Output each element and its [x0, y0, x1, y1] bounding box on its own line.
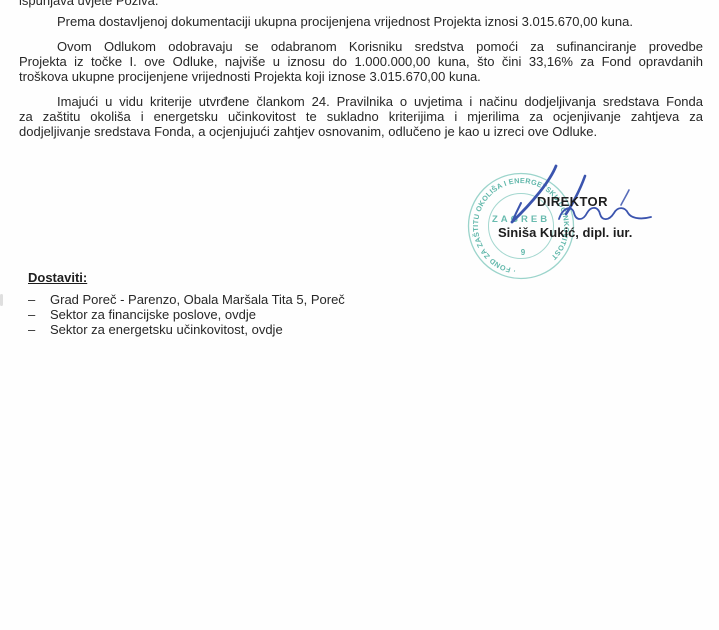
bullet-dash: –: [28, 322, 50, 337]
signature-name: Siniša Kukić, dipl. iur.: [498, 225, 632, 240]
list-item: – Sektor za energetsku učinkovitost, ovd…: [28, 322, 345, 337]
paragraph-line: Imajući u vidu kriterije utvrđene članko…: [19, 94, 703, 109]
paragraph-project-value: Prema dostavljenoj dokumentaciji ukupna …: [19, 14, 703, 29]
paragraph-line: dodjeljivanje sredstava Fonda, a ocjenju…: [19, 124, 703, 139]
top-clipped-line: ispunjava uvjete Poziva.: [19, 0, 158, 8]
bullet-dash: –: [28, 292, 50, 307]
paragraph-line: za zaštitu okoliša i energetsku učinkovi…: [19, 109, 703, 124]
distribution-heading: Dostaviti:: [28, 270, 87, 285]
list-item: – Sektor za financijske poslove, ovdje: [28, 307, 345, 322]
list-item: – Grad Poreč - Parenzo, Obala Maršala Ti…: [28, 292, 345, 307]
list-item-text: Sektor za energetsku učinkovitost, ovdje: [50, 322, 283, 337]
stamp-center-number: 9: [521, 248, 526, 257]
list-item-text: Grad Poreč - Parenzo, Obala Maršala Tita…: [50, 292, 345, 307]
scanned-document-page: · FOND ZA ZAŠTITU OKOLIŠA I ENERGETSKU U…: [0, 0, 719, 630]
paragraph-criteria: Imajući u vidu kriterije utvrđene članko…: [19, 94, 703, 139]
bullet-dash: –: [28, 307, 50, 322]
distribution-list: – Grad Poreč - Parenzo, Obala Maršala Ti…: [28, 292, 345, 337]
pen-tick-mark: [621, 190, 629, 205]
paragraph-line: Ovom Odlukom odobravaju se odabranom Kor…: [19, 39, 703, 54]
paragraph-line: troškova ukupne procijenjene vrijednosti…: [19, 69, 703, 84]
scan-artifact: [0, 294, 3, 306]
list-item-text: Sektor za financijske poslove, ovdje: [50, 307, 256, 322]
paragraph-line: Projekta iz točke I. ove Odluke, najviše…: [19, 54, 703, 69]
paragraph-line: Prema dostavljenoj dokumentaciji ukupna …: [19, 14, 703, 29]
stamp-center-text: ZAGREB: [492, 214, 550, 225]
signature-title: DIREKTOR: [537, 194, 608, 209]
paragraph-approval: Ovom Odlukom odobravaju se odabranom Kor…: [19, 39, 703, 84]
